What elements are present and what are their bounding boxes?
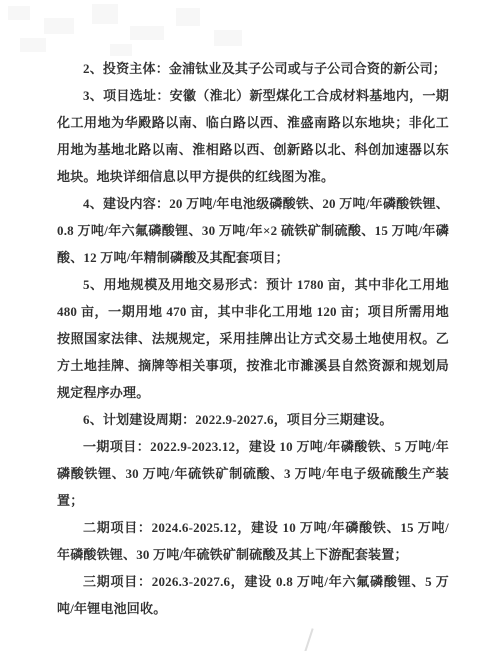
paragraph-phase-one: 一期项目：2022.9-2023.12，建设 10 万吨/年磷酸铁、5 万吨/年… [57,433,449,514]
paragraph-construction-scope: 4、建设内容：20 万吨/年电池级磷酸铁、20 万吨/年磷酸铁锂、0.8 万吨/… [57,190,449,271]
document-body: 2、投资主体：金浦钛业及其子公司或与子公司合资的新公司； 3、项目选址：安徽（淮… [57,55,449,622]
paragraph-project-site: 3、项目选址：安徽（淮北）新型煤化工合成材料基地内，一期化工用地为华殿路以南、临… [57,82,449,190]
paragraph-land-scale: 5、用地规模及用地交易形式：预计 1780 亩，其中非化工用地 480 亩，一期… [57,271,449,406]
scan-artifact-mark [304,628,313,651]
document-page: 2、投资主体：金浦钛业及其子公司或与子公司合资的新公司； 3、项目选址：安徽（淮… [0,0,500,651]
paragraph-build-schedule: 6、计划建设周期：2022.9-2027.6，项目分三期建设。 [57,406,449,433]
paragraph-phase-two: 二期项目：2024.6-2025.12，建设 10 万吨/年磷酸铁、15 万吨/… [57,514,449,568]
paragraph-investment-entity: 2、投资主体：金浦钛业及其子公司或与子公司合资的新公司； [57,55,449,82]
scan-artifact-pattern [0,0,260,62]
paragraph-phase-three: 三期项目：2026.3-2027.6，建设 0.8 万吨/年六氟磷酸锂、5 万吨… [57,568,449,622]
